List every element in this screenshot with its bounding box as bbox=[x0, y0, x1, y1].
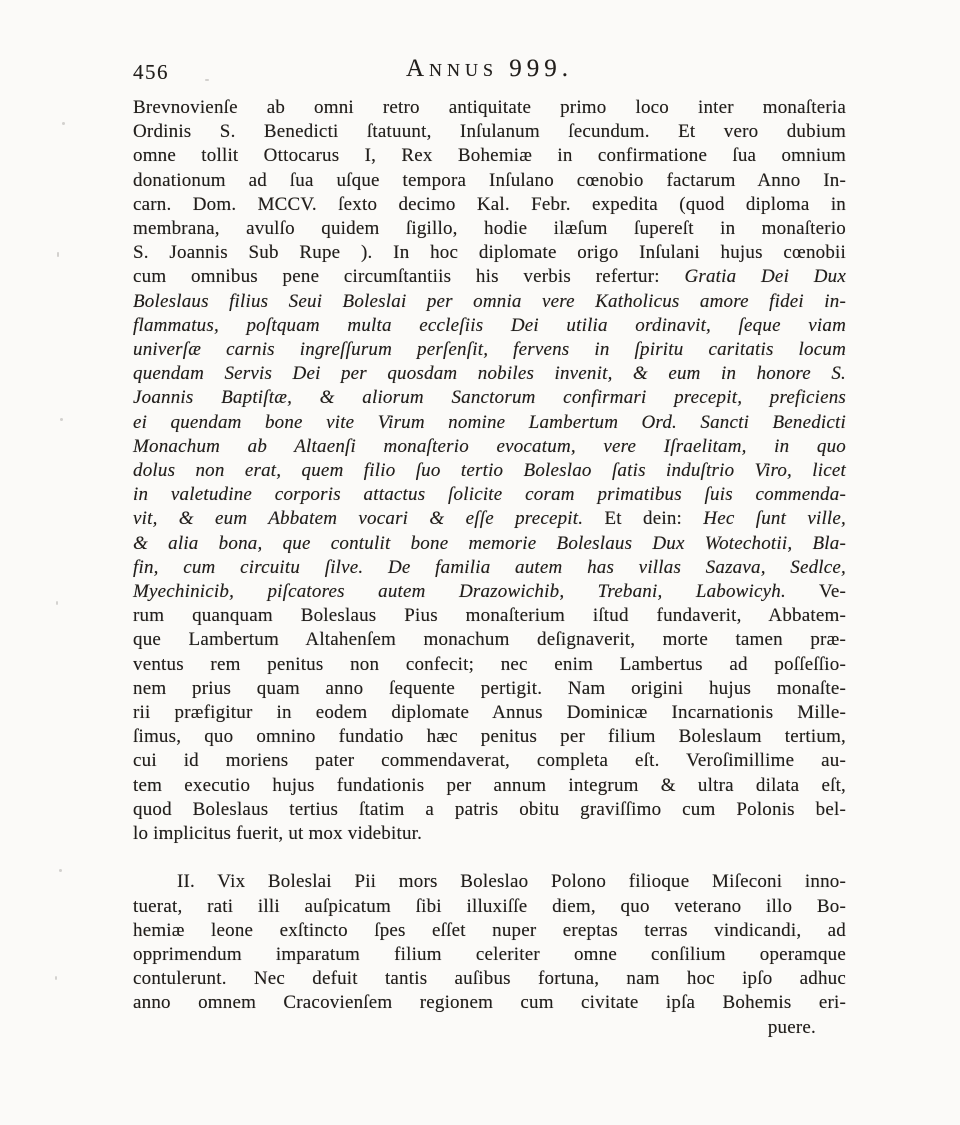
text-line: Monachum ab Altaenſi monaſterio evocatum… bbox=[133, 435, 846, 459]
text-line: omne tollit Ottocarus I, Rex Bohemiæ in … bbox=[133, 144, 846, 168]
text-line: tem executio hujus fundationis per annum… bbox=[133, 774, 846, 798]
text-line: carn. Dom. MCCV. ſexto decimo Kal. Febr.… bbox=[133, 193, 846, 217]
page-text-block: Brevnovienſe ab omni retro antiquitate p… bbox=[133, 96, 846, 1040]
text-line: Joannis Baptiſtæ, & aliorum Sanctorum co… bbox=[133, 386, 846, 410]
text-line: cui id moriens pater commendaverat, comp… bbox=[133, 749, 846, 773]
text-line: rum quanquam Boleslaus Pius monaſterium … bbox=[133, 604, 846, 628]
text-line: lo implicitus fuerit, ut mox videbitur. bbox=[133, 822, 846, 846]
text-line: in valetudine corporis attactus ſolicite… bbox=[133, 483, 846, 507]
italic-text-run: Monachum ab Altaenſi monaſterio evocatum… bbox=[133, 436, 846, 457]
scan-speck bbox=[60, 418, 63, 421]
italic-text-run: dolus non erat, quem filio ſuo tertio Bo… bbox=[133, 460, 846, 481]
text-line: rii præfigitur in eodem diplomate Annus … bbox=[133, 701, 846, 725]
text-line: anno omnem Cracovienſem regionem cum civ… bbox=[133, 991, 846, 1015]
roman-text-run: Et dein: bbox=[583, 508, 703, 529]
roman-text-run: omne tollit Ottocarus I, Rex Bohemiæ in … bbox=[133, 145, 846, 166]
text-line: nem prius quam anno ſequente pertigit. N… bbox=[133, 677, 846, 701]
roman-text-run: hemiæ leone exſtincto ſpes eſſet nuper e… bbox=[133, 920, 846, 941]
italic-text-run: Gratia Dei Dux bbox=[684, 266, 846, 287]
scan-speck bbox=[62, 122, 65, 125]
text-line: ei quendam bone vite Virum nomine Lamber… bbox=[133, 411, 846, 435]
roman-text-run: Brevnovienſe ab omni retro antiquitate p… bbox=[133, 97, 846, 118]
italic-text-run: Hec ſunt ville, bbox=[703, 508, 846, 529]
roman-text-run: contulerunt. Nec defuit tantis auſibus f… bbox=[133, 968, 846, 989]
scanned-book-page: 456 Annus 999. Brevnovienſe ab omni retr… bbox=[0, 0, 960, 1125]
text-line: vit, & eum Abbatem vocari & eſſe precepi… bbox=[133, 507, 846, 531]
italic-text-run: vit, & eum Abbatem vocari & eſſe precepi… bbox=[133, 508, 583, 529]
scan-speck bbox=[59, 869, 62, 872]
roman-text-run: ventus rem penitus non confecit; nec eni… bbox=[133, 654, 846, 675]
italic-text-run: Boleslaus filius Seui Boleslai per omnia… bbox=[133, 291, 846, 312]
italic-text-run: in valetudine corporis attactus ſolicite… bbox=[133, 484, 846, 505]
roman-text-run: cum omnibus pene circumſtantiis his verb… bbox=[133, 266, 684, 287]
roman-text-run: carn. Dom. MCCV. ſexto decimo Kal. Febr.… bbox=[133, 194, 846, 215]
roman-text-run: donationum ad ſua uſque tempora Inſulano… bbox=[133, 170, 846, 191]
italic-text-run: Joannis Baptiſtæ, & aliorum Sanctorum co… bbox=[133, 387, 846, 408]
text-line: opprimendum imparatum filium celeriter o… bbox=[133, 943, 846, 967]
roman-text-run: rum quanquam Boleslaus Pius monaſterium … bbox=[133, 605, 846, 626]
text-line: fin, cum circuitu ſilve. De familia aute… bbox=[133, 556, 846, 580]
roman-text-run: lo implicitus fuerit, ut mox videbitur. bbox=[133, 823, 422, 844]
italic-text-run: flammatus, poſtquam multa eccleſiis Dei … bbox=[133, 315, 846, 336]
text-line: ſimus, quo omnino fundatio hæc penitus p… bbox=[133, 725, 846, 749]
roman-text-run: II. Vix Boleslai Pii mors Boleslao Polon… bbox=[177, 871, 846, 892]
text-line: Brevnovienſe ab omni retro antiquitate p… bbox=[133, 96, 846, 120]
roman-text-run: nem prius quam anno ſequente pertigit. N… bbox=[133, 678, 846, 699]
text-line: donationum ad ſua uſque tempora Inſulano… bbox=[133, 169, 846, 193]
text-line: quendam Servis Dei per quosdam nobiles i… bbox=[133, 362, 846, 386]
roman-text-run: tem executio hujus fundationis per annum… bbox=[133, 775, 846, 796]
scan-speck bbox=[205, 79, 209, 81]
roman-text-run: Ordinis S. Benedicti ſtatuunt, Inſulanum… bbox=[133, 121, 846, 142]
italic-text-run: fin, cum circuitu ſilve. De familia aute… bbox=[133, 557, 846, 578]
italic-text-run: & alia bona, que contulit bone memorie B… bbox=[133, 533, 846, 554]
roman-text-run: que Lambertum Altahenſem monachum deſign… bbox=[133, 629, 846, 650]
paragraph: II. Vix Boleslai Pii mors Boleslao Polon… bbox=[133, 870, 846, 1039]
text-line: Ordinis S. Benedicti ſtatuunt, Inſulanum… bbox=[133, 120, 846, 144]
roman-text-run: opprimendum imparatum filium celeriter o… bbox=[133, 944, 846, 965]
roman-text-run: cui id moriens pater commendaverat, comp… bbox=[133, 750, 846, 771]
text-line: S. Joannis Sub Rupe ). In hoc diplomate … bbox=[133, 241, 846, 265]
text-line: II. Vix Boleslai Pii mors Boleslao Polon… bbox=[133, 870, 846, 894]
text-line: Boleslaus filius Seui Boleslai per omnia… bbox=[133, 290, 846, 314]
roman-text-run: puere. bbox=[768, 1017, 816, 1038]
text-line: cum omnibus pene circumſtantiis his verb… bbox=[133, 265, 846, 289]
text-line: contulerunt. Nec defuit tantis auſibus f… bbox=[133, 967, 846, 991]
text-line: & alia bona, que contulit bone memorie B… bbox=[133, 532, 846, 556]
italic-text-run: univerſæ carnis ingreſſurum perſenſit, f… bbox=[133, 339, 846, 360]
italic-text-run: Myechinicib, piſcatores autem Drazowichi… bbox=[133, 581, 786, 602]
italic-text-run: quendam Servis Dei per quosdam nobiles i… bbox=[133, 363, 846, 384]
roman-text-run: ſimus, quo omnino fundatio hæc penitus p… bbox=[133, 726, 846, 747]
running-head: Annus 999. bbox=[133, 55, 846, 83]
text-line: tuerat, rati illi auſpicatum ſibi illuxi… bbox=[133, 895, 846, 919]
roman-text-run: Ve- bbox=[786, 581, 846, 602]
text-line: univerſæ carnis ingreſſurum perſenſit, f… bbox=[133, 338, 846, 362]
roman-text-run: anno omnem Cracovienſem regionem cum civ… bbox=[133, 992, 846, 1013]
text-line: ventus rem penitus non confecit; nec eni… bbox=[133, 653, 846, 677]
text-line: Myechinicib, piſcatores autem Drazowichi… bbox=[133, 580, 846, 604]
roman-text-run: membrana, avulſo quidem ſigillo, hodie i… bbox=[133, 218, 846, 239]
text-line: membrana, avulſo quidem ſigillo, hodie i… bbox=[133, 217, 846, 241]
text-line: dolus non erat, quem filio ſuo tertio Bo… bbox=[133, 459, 846, 483]
roman-text-run: rii præfigitur in eodem diplomate Annus … bbox=[133, 702, 846, 723]
italic-text-run: ei quendam bone vite Virum nomine Lamber… bbox=[133, 412, 846, 433]
paragraph: Brevnovienſe ab omni retro antiquitate p… bbox=[133, 96, 846, 846]
scan-speck bbox=[55, 976, 57, 980]
scan-speck bbox=[57, 252, 59, 257]
roman-text-run: S. Joannis Sub Rupe ). In hoc diplomate … bbox=[133, 242, 846, 263]
roman-text-run: tuerat, rati illi auſpicatum ſibi illuxi… bbox=[133, 896, 846, 917]
text-line: puere. bbox=[133, 1016, 846, 1040]
text-line: flammatus, poſtquam multa eccleſiis Dei … bbox=[133, 314, 846, 338]
scan-speck bbox=[56, 601, 58, 605]
roman-text-run: quod Boleslaus tertius ſtatim a patris o… bbox=[133, 799, 846, 820]
text-line: hemiæ leone exſtincto ſpes eſſet nuper e… bbox=[133, 919, 846, 943]
text-line: que Lambertum Altahenſem monachum deſign… bbox=[133, 628, 846, 652]
text-line: quod Boleslaus tertius ſtatim a patris o… bbox=[133, 798, 846, 822]
